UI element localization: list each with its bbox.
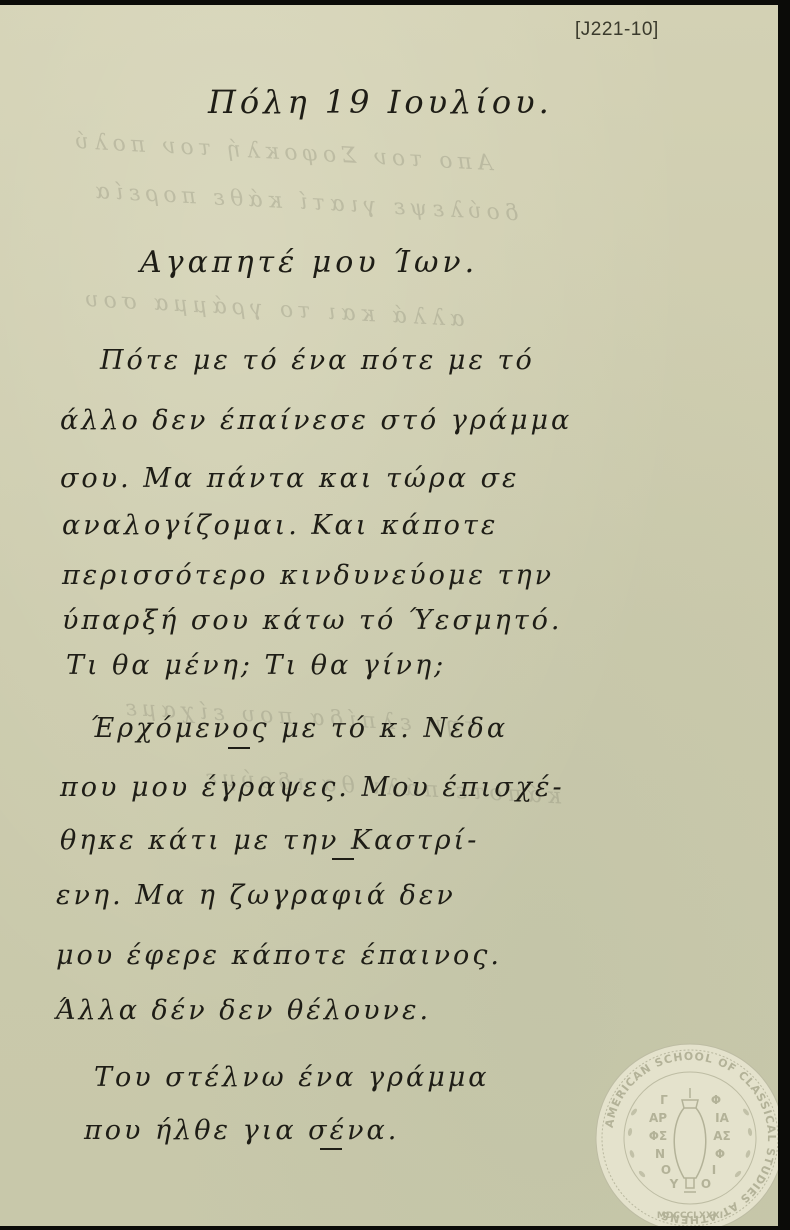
institutional-seal: AMERICAN SCHOOL OF CLASSICAL STUDIES AT … xyxy=(594,1042,786,1230)
svg-text:ΑΡ: ΑΡ xyxy=(649,1111,667,1125)
letter-line: μου έφερε κάποτε έπαινος. xyxy=(56,940,502,971)
underline-mark xyxy=(228,747,250,749)
letter-line: ύπαρξή σου κάτω τό Ύεσμητό. xyxy=(62,605,562,636)
seal-year: MDCCCLXXXI xyxy=(657,1211,723,1221)
bleed-through-text: Απο τον Σοφοκλή τον πολύ xyxy=(70,129,494,176)
letter-line: που ήλθε για σένα. xyxy=(84,1115,399,1146)
archive-reference: [J221-10] xyxy=(575,19,659,41)
scan-border-top xyxy=(0,0,790,5)
letter-line: αναλογίζομαι. Και κάποτε xyxy=(62,510,498,541)
svg-text:Γ: Γ xyxy=(660,1093,668,1107)
svg-text:Ν: Ν xyxy=(655,1147,665,1161)
letter-line: Τι θα μένη; Τι θα γίνη; xyxy=(66,650,446,681)
scan-border-bottom xyxy=(0,1226,790,1230)
letter-line: άλλο δεν έπαίνεσε στό γράμμα xyxy=(60,405,572,436)
scan-border-right xyxy=(778,0,790,1230)
svg-text:Ι: Ι xyxy=(712,1163,716,1177)
svg-text:ΦΣ: ΦΣ xyxy=(649,1129,667,1143)
svg-text:Ο: Ο xyxy=(701,1177,711,1191)
svg-text:Φ: Φ xyxy=(715,1147,725,1161)
letter-line: ενη. Μα η ζωγραφιά δεν xyxy=(56,880,456,911)
letter-line: Πότε με τό ένα πότε με τό xyxy=(100,345,535,376)
letter-line: που μου έγραψες. Μου έπισχέ- xyxy=(60,772,565,803)
svg-text:Υ: Υ xyxy=(669,1177,679,1191)
letter-salutation: Αγαπητέ μου Ίων. xyxy=(140,245,478,280)
svg-text:ΑΣ: ΑΣ xyxy=(713,1129,730,1143)
letter-page: Απο τον Σοφοκλή τον πολύ δούλεψε γιατί κ… xyxy=(0,5,779,1226)
bleed-through-text: αλλά και το γράμμα σου xyxy=(80,287,466,332)
svg-text:ΙΑ: ΙΑ xyxy=(715,1111,729,1125)
underline-mark xyxy=(332,858,354,860)
bleed-through-text: δούλεψε γιατί κάθε πορεία xyxy=(90,179,519,226)
underline-mark xyxy=(320,1148,342,1150)
letter-line: Άλλα δέν δεν θέλουνε. xyxy=(56,995,431,1026)
letter-line: Του στέλνω ένα γράμμα xyxy=(94,1062,490,1093)
letter-line: θηκε κάτι με την Καστρί- xyxy=(60,825,479,856)
letter-line: περισσότερο κινδυνεύομε την xyxy=(62,560,554,591)
letter-line: Έρχόμενος με τό κ. Νέδα xyxy=(90,713,508,744)
letter-dateline: Πόλη 19 Ιουλίου. xyxy=(208,83,553,121)
svg-text:Φ: Φ xyxy=(711,1093,721,1107)
letter-line: σου. Μα πάντα και τώρα σε xyxy=(60,463,520,494)
svg-text:Ο: Ο xyxy=(661,1163,671,1177)
